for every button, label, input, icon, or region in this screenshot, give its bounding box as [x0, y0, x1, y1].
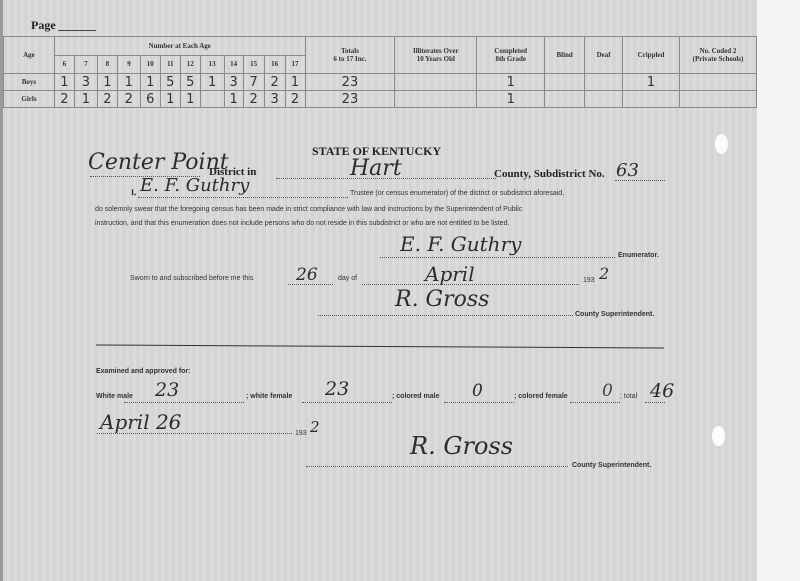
sworn-year-digit: 2: [599, 264, 609, 283]
girls-age-6: 2: [54, 91, 74, 108]
sworn-label: Sworn to and subscribed before me this: [130, 275, 253, 282]
col-crippled: Crippled: [623, 37, 680, 74]
age-10: 10: [140, 55, 160, 74]
district-name: Center Point: [88, 150, 229, 175]
age-11: 11: [160, 55, 180, 74]
age-9: 9: [117, 55, 140, 74]
punch-hole-bottom: [712, 426, 725, 446]
girls-blind: [545, 91, 585, 108]
age-8: 8: [97, 55, 117, 74]
boys-totals: 23: [305, 74, 395, 91]
age-15: 15: [243, 55, 264, 74]
col-blind: Blind: [545, 37, 585, 74]
age-6: 6: [54, 55, 74, 74]
boys-age-13: 1: [200, 74, 224, 91]
boys-age-17: 1: [285, 74, 305, 91]
girls-coded2: [679, 91, 756, 108]
boys-deaf: [585, 74, 623, 91]
boys-age-7: 3: [74, 74, 97, 91]
girls-totals: 23: [305, 91, 395, 108]
superintendent-signature-2: R. Gross: [410, 432, 513, 460]
examined-label: Examined and approved for:: [96, 368, 191, 375]
girls-illiterates: [395, 91, 477, 108]
boys-age-11: 5: [160, 74, 180, 91]
boys-crippled: 1: [623, 74, 680, 91]
boys-completed: 1: [477, 74, 545, 91]
white-female-value: 23: [325, 378, 349, 400]
col-no-coded-2: No. Coded 2(Private Schools): [679, 37, 756, 74]
white-male-label: White male: [96, 393, 133, 400]
oath-line-2: instruction, and that this enumeration d…: [95, 220, 509, 227]
girls-age-17: 2: [285, 91, 305, 108]
sworn-month: April: [425, 262, 475, 286]
girls-completed: 1: [477, 91, 545, 108]
age-header: Age: [4, 37, 55, 74]
county-superintendent-label-2: County Superintendent.: [572, 462, 651, 469]
boys-illiterates: [395, 74, 477, 91]
census-form-paper: Page Age Number at Each Age Totals6 to 1…: [0, 0, 757, 581]
col-totals: Totals6 to 17 Inc.: [305, 37, 395, 74]
girls-age-9: 2: [117, 91, 140, 108]
subdistrict-number: 63: [616, 160, 639, 181]
census-table: Age Number at Each Age Totals6 to 17 Inc…: [3, 36, 757, 108]
white-female-label: ; white female: [246, 393, 292, 400]
girls-age-8: 2: [97, 91, 117, 108]
girls-age-13: [200, 91, 224, 108]
approval-year-prefix: 193: [295, 430, 307, 437]
boys-age-12: 5: [180, 74, 200, 91]
age-12: 12: [180, 55, 200, 74]
superintendent-signature-1: R. Gross: [395, 287, 489, 312]
boys-blind: [545, 74, 585, 91]
colored-female-label: ; colored female: [514, 393, 568, 400]
age-14: 14: [224, 55, 243, 74]
white-male-value: 23: [155, 379, 179, 401]
approval-date: April 26: [100, 410, 181, 434]
boys-age-16: 2: [264, 74, 285, 91]
sworn-day: 26: [296, 265, 318, 285]
girls-age-10: 6: [140, 91, 160, 108]
girls-age-7: 1: [74, 91, 97, 108]
page-number-field: [58, 30, 96, 31]
county-subdistrict-label: County, Subdistrict No.: [494, 168, 605, 180]
enumerator-signature: E. F. Guthry: [400, 232, 521, 256]
total-value: 46: [650, 380, 674, 402]
section-divider: [96, 345, 664, 349]
table-row-girls: Girls 2 1 2 2 6 1 1 1 2 3 2 23 1: [4, 91, 757, 108]
col-illiterates: Illiterates Over10 Years Old: [395, 37, 477, 74]
col-completed-8th-grade: Completed8th Grade: [477, 37, 545, 74]
boys-age-14: 3: [224, 74, 243, 91]
colored-male-label: ; colored male: [392, 393, 439, 400]
county-name: Hart: [350, 156, 402, 181]
day-of-label: day of: [338, 275, 357, 282]
sworn-year-prefix: 193: [583, 277, 595, 284]
page-label: Page: [31, 18, 56, 33]
age-17: 17: [285, 55, 305, 74]
boys-age-9: 1: [117, 74, 140, 91]
punch-hole-top: [715, 134, 728, 154]
boys-age-15: 7: [243, 74, 264, 91]
colored-male-value: 0: [472, 381, 483, 401]
enumerator-label: Enumerator.: [618, 252, 659, 259]
boys-age-10: 1: [140, 74, 160, 91]
row-label-girls: Girls: [4, 91, 55, 108]
girls-deaf: [585, 91, 623, 108]
trustee-name: E. F. Guthry: [140, 175, 249, 196]
trustee-text: Trustee (or census enumerator) of the di…: [350, 190, 564, 197]
approval-year-digit: 2: [310, 418, 320, 436]
girls-age-16: 3: [264, 91, 285, 108]
girls-age-15: 2: [243, 91, 264, 108]
total-label: ; total: [620, 393, 637, 400]
county-superintendent-label-1: County Superintendent.: [575, 311, 654, 318]
age-7: 7: [74, 55, 97, 74]
col-deaf: Deaf: [585, 37, 623, 74]
girls-age-12: 1: [180, 91, 200, 108]
colored-female-value: 0: [602, 381, 613, 401]
boys-age-6: 1: [54, 74, 74, 91]
boys-age-8: 1: [97, 74, 117, 91]
age-13: 13: [200, 55, 224, 74]
oath-line-1: do solemnly swear that the foregoing cen…: [95, 206, 522, 213]
girls-age-14: 1: [224, 91, 243, 108]
table-row-boys: Boys 1 3 1 1 1 5 5 1 3 7 2 1 23 1 1: [4, 74, 757, 91]
row-label-boys: Boys: [4, 74, 55, 91]
number-at-each-age-header: Number at Each Age: [54, 37, 305, 56]
i-label: I,: [131, 188, 136, 197]
boys-coded2: [679, 74, 756, 91]
girls-age-11: 1: [160, 91, 180, 108]
girls-crippled: [623, 91, 680, 108]
age-16: 16: [264, 55, 285, 74]
